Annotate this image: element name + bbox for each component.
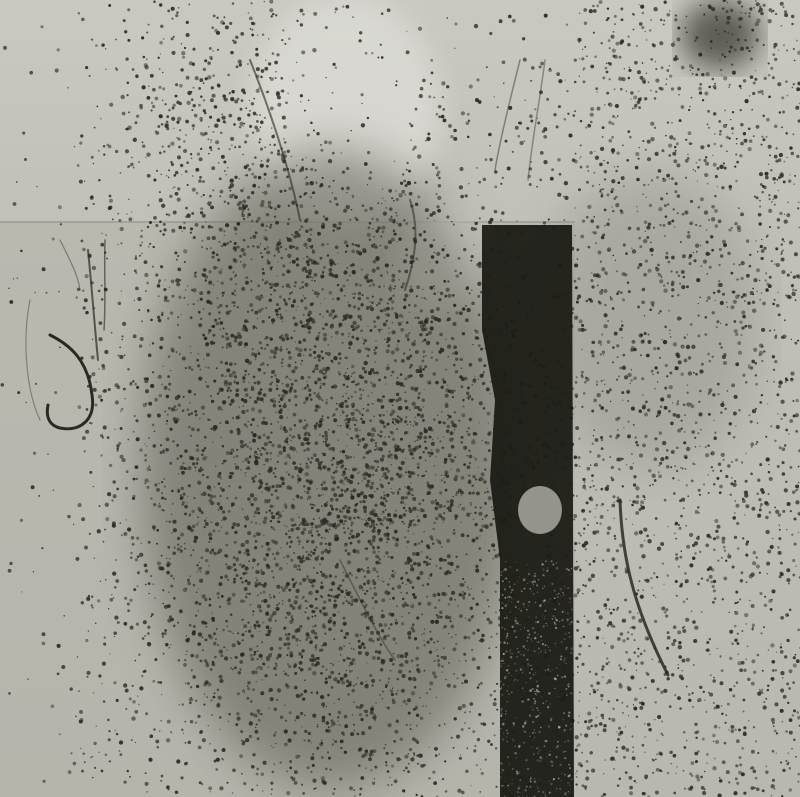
abstract-artwork: Abstract monochrome spray-paint speckle … — [0, 0, 800, 797]
bar-light-notch — [518, 486, 562, 534]
gray-wash-right — [540, 170, 760, 470]
gray-wash-topright — [680, 0, 760, 70]
artwork-canvas — [0, 0, 800, 797]
